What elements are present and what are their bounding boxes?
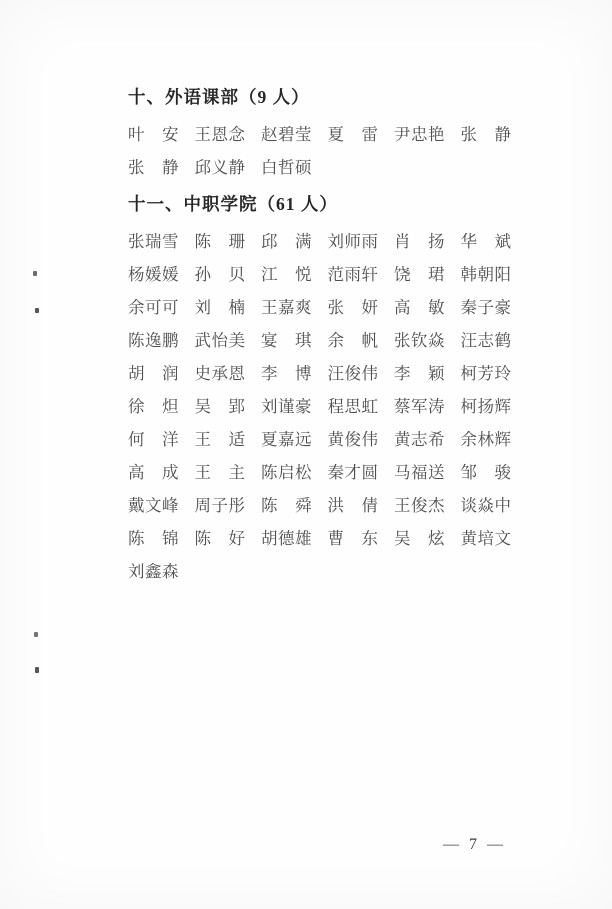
person-name: 程思虹 — [328, 393, 395, 417]
person-name: 徐 炟 — [128, 393, 195, 417]
person-name: 韩朝阳 — [461, 261, 528, 285]
person-name: 洪 倩 — [328, 492, 395, 516]
person-name: 陈 珊 — [195, 228, 262, 252]
person-name: 叶 安 — [128, 121, 195, 145]
person-name: 陈启松 — [261, 459, 328, 483]
person-name: 高 敏 — [394, 294, 461, 318]
person-name: 邹 骏 — [461, 459, 528, 483]
scan-speck — [35, 308, 39, 313]
person-name: 刘鑫森 — [128, 558, 195, 582]
person-name: 邱义静 — [195, 154, 262, 178]
person-name: 何 洋 — [128, 426, 195, 450]
person-name: 余可可 — [128, 294, 195, 318]
person-name: 李 颖 — [394, 360, 461, 384]
name-row: 戴文峰 周子彤 陈 舜 洪 倩 王俊杰 谈焱中 — [128, 487, 528, 520]
person-name: 江 悦 — [261, 261, 328, 285]
person-name: 胡 润 — [128, 360, 195, 384]
person-name: 余林辉 — [461, 426, 528, 450]
person-name: 张 静 — [128, 154, 195, 178]
person-name: 吴 郢 — [195, 393, 262, 417]
person-name: 刘 楠 — [195, 294, 262, 318]
person-name: 秦子豪 — [461, 294, 528, 318]
person-name: 王俊杰 — [394, 492, 461, 516]
scan-speck — [33, 271, 37, 276]
person-name: 尹忠艳 — [394, 121, 461, 145]
person-name: 柯芳玲 — [461, 360, 528, 384]
page-number: — 7 — — [443, 836, 506, 854]
name-row: 余可可 刘 楠 王嘉爽 张 妍 高 敏 秦子豪 — [128, 289, 528, 322]
person-name: 张钦焱 — [394, 327, 461, 351]
person-name: 杨媛媛 — [128, 261, 195, 285]
person-name: 柯扬辉 — [461, 393, 528, 417]
person-name: 周子彤 — [195, 492, 262, 516]
scanned-document-page: 十、外语课部（9 人） 叶 安 王恩念 赵碧莹 夏 雷 尹忠艳 张 静 张 静 … — [0, 0, 612, 909]
person-name: 饶 珺 — [394, 261, 461, 285]
person-name: 武怡美 — [195, 327, 262, 351]
person-name: 胡德雄 — [261, 525, 328, 549]
person-name: 汪俊伟 — [328, 360, 395, 384]
person-name: 陈 好 — [195, 525, 262, 549]
section-heading: 十、外语课部（9 人） — [128, 84, 528, 110]
name-row: 陈逸鹏 武怡美 宴 琪 余 帆 张钦焱 汪志鹤 — [128, 322, 528, 355]
person-name: 陈逸鹏 — [128, 327, 195, 351]
person-name: 蔡军涛 — [394, 393, 461, 417]
person-name: 马福送 — [394, 459, 461, 483]
name-row: 何 洋 王 适 夏嘉远 黄俊伟 黄志希 余林辉 — [128, 421, 528, 454]
person-name: 邱 满 — [261, 228, 328, 252]
person-name: 肖 扬 — [394, 228, 461, 252]
name-row: 胡 润 史承恩 李 博 汪俊伟 李 颖 柯芳玲 — [128, 355, 528, 388]
person-name: 刘谨豪 — [261, 393, 328, 417]
document-content: 十、外语课部（9 人） 叶 安 王恩念 赵碧莹 夏 雷 尹忠艳 张 静 张 静 … — [128, 84, 528, 586]
person-name: 陈 锦 — [128, 525, 195, 549]
person-name: 高 成 — [128, 459, 195, 483]
name-row: 刘鑫森 — [128, 553, 528, 586]
person-name: 王 适 — [195, 426, 262, 450]
name-row: 杨媛媛 孙 贝 江 悦 范雨轩 饶 珺 韩朝阳 — [128, 256, 528, 289]
person-name: 黄志希 — [394, 426, 461, 450]
person-name: 张 妍 — [328, 294, 395, 318]
person-name: 赵碧莹 — [261, 121, 328, 145]
person-name: 史承恩 — [195, 360, 262, 384]
section-name-rows: 叶 安 王恩念 赵碧莹 夏 雷 尹忠艳 张 静 张 静 邱义静 白哲硕 — [128, 116, 528, 182]
person-name: 黄培文 — [461, 525, 528, 549]
person-name: 王嘉爽 — [261, 294, 328, 318]
person-name: 黄俊伟 — [328, 426, 395, 450]
person-name: 王恩念 — [195, 121, 262, 145]
person-name: 戴文峰 — [128, 492, 195, 516]
person-name: 汪志鹤 — [461, 327, 528, 351]
person-name: 谈焱中 — [461, 492, 528, 516]
scan-speck — [34, 632, 38, 637]
name-row: 陈 锦 陈 好 胡德雄 曹 东 吴 炫 黄培文 — [128, 520, 528, 553]
name-row: 张 静 邱义静 白哲硕 — [128, 149, 528, 182]
person-name: 吴 炫 — [394, 525, 461, 549]
section-name-rows: 张瑞雪 陈 珊 邱 满 刘师雨 肖 扬 华 斌 杨媛媛 孙 贝 江 悦 范雨轩 … — [128, 223, 528, 586]
name-row: 张瑞雪 陈 珊 邱 满 刘师雨 肖 扬 华 斌 — [128, 223, 528, 256]
person-name: 曹 东 — [328, 525, 395, 549]
person-name: 孙 贝 — [195, 261, 262, 285]
person-name: 余 帆 — [328, 327, 395, 351]
person-name: 李 博 — [261, 360, 328, 384]
name-row: 高 成 王 主 陈启松 秦才圆 马福送 邹 骏 — [128, 454, 528, 487]
person-name: 张瑞雪 — [128, 228, 195, 252]
name-row: 徐 炟 吴 郢 刘谨豪 程思虹 蔡军涛 柯扬辉 — [128, 388, 528, 421]
person-name: 秦才圆 — [328, 459, 395, 483]
person-name: 张 静 — [461, 121, 528, 145]
person-name: 陈 舜 — [261, 492, 328, 516]
name-row: 叶 安 王恩念 赵碧莹 夏 雷 尹忠艳 张 静 — [128, 116, 528, 149]
person-name: 夏嘉远 — [261, 426, 328, 450]
person-name: 刘师雨 — [328, 228, 395, 252]
section-heading: 十一、中职学院（61 人） — [128, 191, 528, 217]
person-name: 华 斌 — [461, 228, 528, 252]
person-name: 白哲硕 — [261, 154, 328, 178]
person-name: 王 主 — [195, 459, 262, 483]
scan-speck — [35, 667, 39, 673]
person-name: 宴 琪 — [261, 327, 328, 351]
person-name: 夏 雷 — [328, 121, 395, 145]
person-name: 范雨轩 — [328, 261, 395, 285]
